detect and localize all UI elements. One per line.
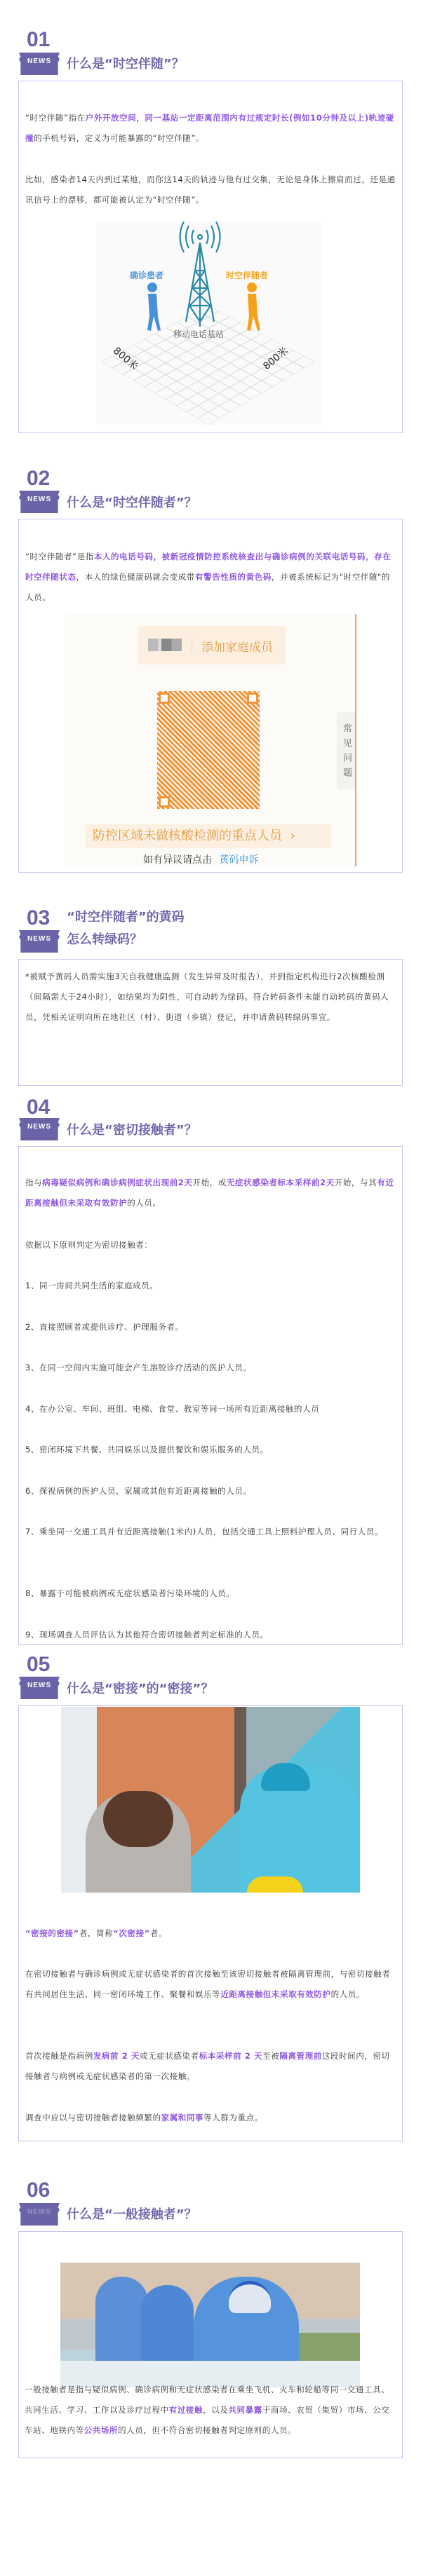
body-text: 至被 bbox=[262, 2051, 279, 2061]
section-title: 什么是“密接”的“密接”？ bbox=[67, 1679, 213, 1700]
body-text: 9、现场调查人员评估认为其他符合密切接触者判定标准的人员。 bbox=[25, 1630, 269, 1640]
section-number: 02 bbox=[27, 468, 50, 489]
faq-side-tab[interactable]: 常见问题 bbox=[337, 712, 355, 789]
highlight-text: 隔离管理前 bbox=[279, 2051, 322, 2061]
time-space-illustration: 确诊患者 时空伴随者 移动电话基站 800米 800米 bbox=[96, 222, 321, 425]
highlight-text: “密接的密接” bbox=[25, 1928, 79, 1938]
body-text: 的人员，但不符合密切接触者判定原则的人员。 bbox=[118, 2425, 296, 2435]
paragraph: 比如，感染者14天内到过某地，而你这14天的轨迹与他有过交集，无论是身体上擦肩而… bbox=[25, 170, 397, 210]
news-badge: NEWS bbox=[19, 2203, 60, 2226]
highlight-text: 病毒疑似病例和确诊病例症状出现前2天 bbox=[42, 1178, 192, 1187]
content-box: “密接的密接”者，简称“次密接”者。 在密切接触者与确诊病例或无症状感染者的首次… bbox=[18, 1705, 403, 2141]
criteria-item: 3、在同一空间内实施可能会产生溶胶诊疗活动的医护人员。 bbox=[25, 1358, 397, 1378]
appeal-row: 如有异议请点击 黄码申诉 bbox=[143, 852, 258, 866]
section-title: 什么是“时空伴随者”？ bbox=[67, 493, 197, 514]
paragraph: 在密切接触者与确诊病例或无症状感染者的首次接触至该密切接触者被隔离管理前，与密切… bbox=[25, 1964, 397, 2005]
chevron-right-icon: › bbox=[290, 829, 295, 843]
paragraph: *被赋予黄码人员需实施3天自我健康监测（发生异常及时报告），并到指定机构进行2次… bbox=[25, 967, 397, 1028]
body-text: ，本人的绿色健康码就会变成带 bbox=[76, 572, 195, 582]
grid-floor-icon bbox=[96, 222, 321, 425]
patient-figure-icon bbox=[147, 282, 161, 331]
section-number: 06 bbox=[27, 2180, 50, 2201]
body-text: 等人群为重点。 bbox=[203, 2113, 263, 2122]
body-text: ，以及 bbox=[203, 2405, 228, 2415]
section-title-line1: “时空伴随者”的黄码 bbox=[67, 907, 185, 928]
body-text: 的人员。 bbox=[331, 1989, 365, 1999]
section-number: 05 bbox=[27, 1654, 50, 1675]
highlight-text: 发病前 2 天 bbox=[93, 2051, 140, 2061]
section-number: 01 bbox=[27, 29, 50, 50]
body-text: 5、密闭环境下共餐、共同娱乐以及提供餐饮和娱乐服务的人员。 bbox=[25, 1445, 269, 1454]
news-badge: NEWS bbox=[19, 1677, 60, 1699]
news-badge: NEWS bbox=[19, 930, 60, 953]
highlight-text: 公共场所 bbox=[84, 2425, 118, 2435]
highlight-text: “次密接” bbox=[113, 1928, 150, 1938]
body-text: 比如，感染者14天内到过某地，而你这14天的轨迹与他有过交集，无论是身体上擦肩而… bbox=[25, 175, 396, 205]
body-text: 首次接触是指病例 bbox=[25, 2051, 93, 2061]
status-banner[interactable]: 防控区域未做核酸检测的重点人员 › bbox=[86, 824, 331, 848]
paragraph: 一般接触者是指与疑似病例、确诊病例和无症状感染者在乘坐飞机、火车和轮船等同一交通… bbox=[25, 2380, 396, 2441]
divider bbox=[192, 639, 192, 653]
body-text: 指与 bbox=[25, 1178, 42, 1187]
body-text: 者。 bbox=[150, 1928, 167, 1938]
body-text: 3、在同一空间内实施可能会产生溶胶诊疗活动的医护人员。 bbox=[25, 1363, 252, 1372]
news-badge-label: NEWS bbox=[19, 935, 60, 943]
body-text: 者，简称 bbox=[79, 1928, 113, 1938]
criteria-item: 7、乘坐同一交通工具并有近距离接触(1米内)人员，包括交通工具上照料护理人员、同… bbox=[25, 1522, 397, 1542]
news-badge: NEWS bbox=[19, 491, 60, 513]
content-box: “时空伴随者”是指本人的电话号码，被新冠疫情防控系统核查出与确诊病例的关联电话号… bbox=[18, 519, 403, 873]
news-badge-label: NEWS bbox=[19, 2208, 60, 2216]
paragraph: 首次接触是指病例发病前 2 天或无症状感染者标本采样前 2 天至被隔离管理前这段… bbox=[25, 2046, 397, 2087]
highlight-text: 共同暴露 bbox=[228, 2405, 262, 2415]
add-family-bar: 添加家庭成员 bbox=[138, 626, 286, 665]
criteria-item: 9、现场调查人员评估认为其他符合密切接触者判定标准的人员。 bbox=[25, 1625, 397, 1645]
body-text: 调查中应以与密切接触者接触频繁的 bbox=[25, 2113, 161, 2122]
cell-tower-icon bbox=[180, 222, 220, 327]
news-badge-label: NEWS bbox=[19, 1682, 60, 1689]
paragraph: “密接的密接”者，简称“次密接”者。 bbox=[25, 1923, 397, 1944]
section-title-line2: 怎么转绿码？ bbox=[67, 929, 142, 950]
criteria-item: 5、密闭环境下共餐、共同娱乐以及提供餐饮和娱乐服务的人员。 bbox=[25, 1440, 397, 1460]
patient-label: 确诊患者 bbox=[130, 269, 163, 281]
highlight-text: 有警告性质的黄色码 bbox=[195, 572, 272, 582]
paragraph: 调查中应以与密切接触者接触频繁的家属和同事等人群为重点。 bbox=[25, 2108, 397, 2128]
companion-figure-icon bbox=[247, 282, 260, 331]
body-text: “时空伴随者”是指 bbox=[25, 552, 94, 561]
patient-hair bbox=[103, 1791, 173, 1847]
swab-test-photo bbox=[61, 1707, 360, 1893]
body-text: 开始，与其 bbox=[335, 1178, 377, 1187]
body-text: 1、同一房间共同生活的家庭成员。 bbox=[25, 1281, 158, 1290]
appeal-prefix: 如有异议请点击 bbox=[143, 854, 212, 866]
body-text: 2、直接照顾者或提供诊疗、护理服务者。 bbox=[25, 1322, 184, 1332]
ppe-testing-photo bbox=[60, 2263, 360, 2387]
highlight-text: 标本采样前 2 天 bbox=[199, 2051, 262, 2061]
paragraph: 指与病毒疑似病例和确诊病例症状出现前2天开始，或无症状感染者标本采样前2天开始，… bbox=[25, 1173, 397, 1213]
body-text: “时空伴随”指在 bbox=[25, 113, 86, 123]
qr-code bbox=[157, 691, 260, 809]
criteria-item: 8、暴露于可能被病例或无症状感染者污染环境的人员。 bbox=[25, 1583, 397, 1604]
sharps-bin bbox=[247, 1876, 303, 1893]
news-badge: NEWS bbox=[19, 1118, 60, 1140]
paragraph: 依据以下原则判定为密切接触者： bbox=[25, 1235, 397, 1255]
news-badge-label: NEWS bbox=[19, 496, 60, 503]
blurred-name bbox=[148, 639, 182, 651]
body-text: 的手机号码，定义为可能暴露的“时空伴随”。 bbox=[34, 133, 204, 143]
companion-label: 时空伴随者 bbox=[226, 269, 268, 281]
body-text: 4、在办公室、车间、班组、电梯、食堂、教室等同一场所有近距离接触的人员 bbox=[25, 1404, 319, 1414]
body-text: 或无症状感染者 bbox=[140, 2051, 199, 2061]
content-box: “时空伴随”指在户外开放空间，同一基站一定距离范围内有过规定时长(例如10分钟及… bbox=[18, 81, 403, 433]
body-text: 8、暴露于可能被病例或无症状感染者污染环境的人员。 bbox=[25, 1588, 234, 1598]
news-badge-label: NEWS bbox=[19, 1123, 60, 1131]
content-box: 指与病毒疑似病例和确诊病例症状出现前2天开始，或无症状感染者标本采样前2天开始，… bbox=[18, 1146, 403, 1645]
content-box: *被赋予黄码人员需实施3天自我健康监测（发生异常及时报告），并到指定机构进行2次… bbox=[18, 959, 403, 1086]
body-text: 7、乘坐同一交通工具并有近距离接触(1米内)人员，包括交通工具上照料护理人员、同… bbox=[25, 1527, 383, 1536]
section-number: 03 bbox=[27, 908, 50, 929]
paragraph: “时空伴随者”是指本人的电话号码，被新冠疫情防控系统核查出与确诊病例的关联电话号… bbox=[25, 547, 397, 608]
section-title: 什么是“密切接触者”？ bbox=[67, 1120, 197, 1141]
paragraph: “时空伴随”指在户外开放空间，同一基站一定距离范围内有过规定时长(例如10分钟及… bbox=[25, 108, 397, 149]
highlight-text: 有过接触 bbox=[169, 2405, 203, 2415]
body-text: 依据以下原则判定为密切接触者： bbox=[25, 1240, 153, 1250]
body-text: 开始，或 bbox=[193, 1178, 227, 1187]
criteria-item: 4、在办公室、车间、班组、电梯、食堂、教室等同一场所有近距离接触的人员 bbox=[25, 1399, 397, 1419]
tower-label: 移动电话基站 bbox=[173, 328, 224, 340]
add-family-label: 添加家庭成员 bbox=[201, 637, 273, 655]
highlight-text: 家属和同事 bbox=[161, 2113, 204, 2122]
highlight-text: 近距离接触但未采取有效防护 bbox=[220, 1989, 330, 1999]
section-title: 什么是“一般接触者”？ bbox=[67, 2204, 197, 2226]
highlight-text: 无症状感染者标本采样前2天 bbox=[227, 1178, 335, 1187]
body-text: 6、探视病例的医护人员、家属或其他有近距离接触的人员。 bbox=[25, 1486, 252, 1496]
criteria-item: 1、同一房间共同生活的家庭成员。 bbox=[25, 1276, 397, 1296]
status-label: 防控区域未做核酸检测的重点人员 bbox=[93, 829, 282, 843]
criteria-item: 2、直接照顾者或提供诊疗、护理服务者。 bbox=[25, 1317, 397, 1337]
criteria-item: 6、探视病例的医护人员、家属或其他有近距离接触的人员。 bbox=[25, 1481, 397, 1501]
body-text: 的人员。 bbox=[127, 1198, 161, 1208]
appeal-link[interactable]: 黄码申诉 bbox=[219, 854, 258, 866]
body-text: *被赋予黄码人员需实施3天自我健康监测（发生异常及时报告），并到指定机构进行2次… bbox=[25, 972, 389, 1022]
section-number: 04 bbox=[27, 1097, 50, 1118]
news-badge-label: NEWS bbox=[19, 57, 60, 65]
news-badge: NEWS bbox=[19, 53, 60, 75]
health-code-screenshot: 添加家庭成员 常见问题 防控区域未做核酸检测的重点人员 › 如有异议请点击 黄码… bbox=[65, 614, 356, 866]
section-title: 什么是“时空伴随”？ bbox=[67, 54, 185, 75]
